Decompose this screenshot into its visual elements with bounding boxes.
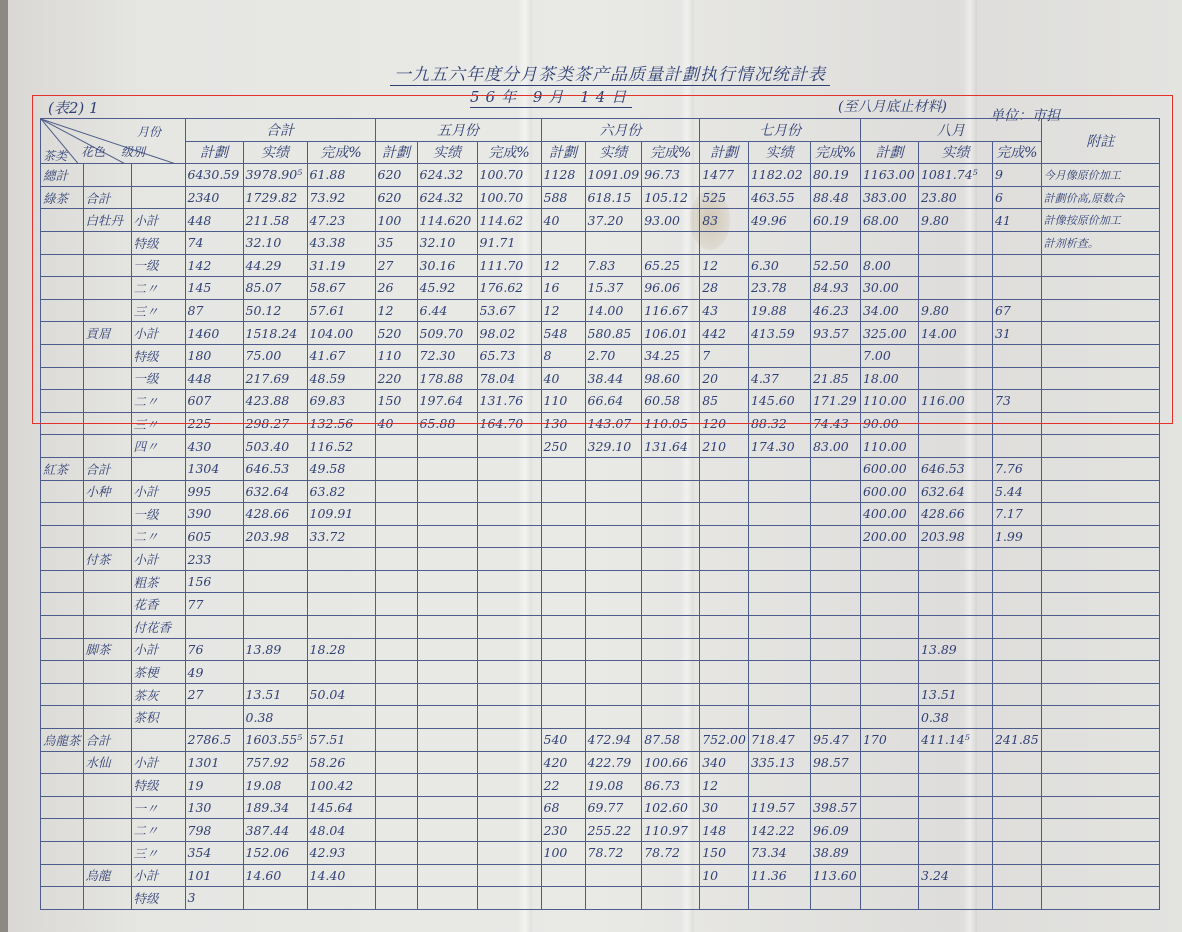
cell-jul-actual: 335.13 [748,751,810,774]
cell-jun-percent: 86.73 [642,774,700,797]
cell-jul-percent [810,503,860,526]
cell-total-actual: 189.34 [243,796,307,819]
cell-jul-percent: 96.09 [810,819,860,842]
cell-jun-plan: 68 [541,796,585,819]
cell-may-plan [375,774,417,797]
cell-total-actual: 298.27 [243,412,307,435]
cell-aug-plan: 170 [860,729,918,752]
cell-jun-actual: 66.64 [585,390,642,413]
cell-jul-plan: 28 [700,277,749,300]
data-note: (至八月底止材料) [838,96,947,116]
table-row: 付茶小計233 [41,548,1160,571]
cell-may-plan: 100 [375,209,417,232]
cell-total-percent [307,548,375,571]
cell-may-percent [477,570,541,593]
cell-total-plan: 390 [185,503,243,526]
cell-aug-percent [992,819,1041,842]
cell-total-plan: 3 [185,887,243,910]
cell-may-percent: 176.62 [477,277,541,300]
cell-aug-actual: 13.89 [918,638,992,661]
cell-category [41,367,84,390]
table-row: 二〃605203.9833.72200.00203.981.99 [41,525,1160,548]
cell-jun-actual: 37.20 [585,209,642,232]
cell-jun-actual: 38.44 [585,367,642,390]
cell-may-percent: 111.70 [477,254,541,277]
cell-may-actual [417,819,477,842]
cell-jul-plan [700,480,749,503]
cell-variety [83,344,131,367]
cell-jul-plan: 752.00 [700,729,749,752]
cell-jun-plan [541,706,585,729]
cell-jul-plan: 30 [700,796,749,819]
cell-remark [1041,864,1159,887]
cell-may-percent [477,435,541,458]
cell-aug-actual [918,231,992,254]
cell-grade [131,457,185,480]
cell-remark [1041,480,1159,503]
ledger-table: 茶类 花色 级别 月份 合計 五月份 六月份 七月份 八月 附註 計劃实绩完成%… [40,118,1160,910]
cell-jul-plan [700,503,749,526]
cell-aug-actual [918,570,992,593]
cell-grade: 茶灰 [131,683,185,706]
header-subcol: 完成% [477,141,541,164]
cell-remark [1041,887,1159,910]
cell-jul-percent: 74.43 [810,412,860,435]
cell-total-actual: 85.07 [243,277,307,300]
cell-total-actual [243,887,307,910]
cell-aug-percent [992,616,1041,639]
cell-jul-plan [700,593,749,616]
cell-jun-plan [541,457,585,480]
cell-aug-plan [860,683,918,706]
cell-total-actual: 423.88 [243,390,307,413]
cell-jul-actual [748,616,810,639]
cell-total-percent [307,887,375,910]
cell-grade: 特级 [131,774,185,797]
cell-total-percent: 69.83 [307,390,375,413]
table-row: 總計6430.593978.90⁵61.88620624.32100.70112… [41,164,1160,187]
cell-aug-plan: 68.00 [860,209,918,232]
cell-may-actual: 114.620 [417,209,477,232]
cell-jun-actual [585,683,642,706]
cell-aug-percent: 241.85 [992,729,1041,752]
table-row: 二〃607423.8869.83150197.64131.7611066.646… [41,390,1160,413]
cell-category [41,796,84,819]
cell-aug-actual: 428.66 [918,503,992,526]
cell-jun-actual: 143.07 [585,412,642,435]
cell-variety [83,774,131,797]
table-row: 花香77 [41,593,1160,616]
cell-may-plan [375,683,417,706]
cell-total-plan: 448 [185,367,243,390]
cell-category [41,231,84,254]
cell-remark: 計剂析查。 [1041,231,1159,254]
cell-total-actual: 152.06 [243,842,307,865]
cell-total-actual: 14.60 [243,864,307,887]
cell-jun-percent: 96.73 [642,164,700,187]
cell-jul-actual: 11.36 [748,864,810,887]
cell-total-percent [307,616,375,639]
cell-variety: 付茶 [83,548,131,571]
header-subcol: 实绩 [585,141,642,164]
header-corner: 茶类 花色 级别 月份 [41,119,186,164]
cell-jun-plan [541,231,585,254]
cell-total-percent: 57.61 [307,299,375,322]
cell-jun-actual: 422.79 [585,751,642,774]
cell-aug-actual [918,842,992,865]
cell-jun-actual: 15.37 [585,277,642,300]
cell-aug-percent [992,638,1041,661]
cell-jun-plan [541,548,585,571]
cell-category [41,570,84,593]
corner-label-variety: 花色 [81,143,105,160]
cell-variety [83,819,131,842]
cell-remark [1041,796,1159,819]
cell-jul-actual: 19.88 [748,299,810,322]
cell-may-plan: 620 [375,164,417,187]
cell-jun-actual [585,661,642,684]
cell-variety: 白牡丹 [83,209,131,232]
cell-jul-actual: 463.55 [748,186,810,209]
cell-may-actual [417,480,477,503]
cell-may-plan [375,480,417,503]
cell-variety [83,887,131,910]
header-row-subcols: 計劃实绩完成%計劃实绩完成%計劃实绩完成%計劃实绩完成%計劃实绩完成% [41,141,1160,164]
cell-grade: 花香 [131,593,185,616]
cell-jun-percent [642,457,700,480]
cell-jul-actual [748,525,810,548]
cell-aug-actual: 632.64 [918,480,992,503]
cell-jul-actual: 145.60 [748,390,810,413]
cell-may-plan: 220 [375,367,417,390]
cell-may-actual [417,729,477,752]
cell-jul-plan [700,661,749,684]
header-group-may: 五月份 [375,119,541,142]
cell-category [41,864,84,887]
cell-may-actual [417,570,477,593]
cell-aug-plan [860,864,918,887]
cell-jul-plan [700,638,749,661]
cell-aug-percent [992,842,1041,865]
cell-aug-actual [918,887,992,910]
header-group-total: 合計 [185,119,375,142]
cell-aug-actual: 23.80 [918,186,992,209]
cell-aug-percent: 5.44 [992,480,1041,503]
cell-aug-actual: 9.80 [918,299,992,322]
cell-jun-percent: 78.72 [642,842,700,865]
cell-may-actual: 65.88 [417,412,477,435]
cell-aug-plan [860,661,918,684]
cell-jul-plan: 1477 [700,164,749,187]
cell-may-actual [417,457,477,480]
cell-jul-percent [810,231,860,254]
cell-jul-percent [810,774,860,797]
cell-variety [83,231,131,254]
cell-total-plan: 87 [185,299,243,322]
cell-aug-actual: 646.53 [918,457,992,480]
cell-variety: 脚茶 [83,638,131,661]
cell-jul-plan: 83 [700,209,749,232]
cell-total-plan: 1460 [185,322,243,345]
cell-jul-plan: 442 [700,322,749,345]
cell-aug-percent [992,435,1041,458]
cell-aug-actual [918,548,992,571]
cell-grade: 二〃 [131,390,185,413]
cell-remark [1041,593,1159,616]
cell-category: 烏龍茶 [41,729,84,752]
cell-remark [1041,751,1159,774]
cell-category [41,412,84,435]
cell-category [41,661,84,684]
cell-jul-percent [810,616,860,639]
cell-category [41,887,84,910]
header-subcol: 計劃 [375,141,417,164]
cell-jul-plan: 525 [700,186,749,209]
cell-total-plan: 1301 [185,751,243,774]
cell-jul-percent [810,548,860,571]
cell-may-actual: 45.92 [417,277,477,300]
cell-grade: 三〃 [131,412,185,435]
cell-category [41,299,84,322]
cell-jul-percent: 46.23 [810,299,860,322]
cell-aug-percent [992,412,1041,435]
cell-total-actual: 203.98 [243,525,307,548]
cell-total-percent: 61.88 [307,164,375,187]
cell-jun-percent [642,661,700,684]
cell-category: 紅茶 [41,457,84,480]
cell-total-plan: 27 [185,683,243,706]
cell-aug-actual [918,367,992,390]
cell-may-actual [417,616,477,639]
cell-jun-plan: 420 [541,751,585,774]
cell-aug-percent [992,774,1041,797]
cell-aug-percent [992,231,1041,254]
cell-jun-actual: 78.72 [585,842,642,865]
cell-may-actual: 32.10 [417,231,477,254]
cell-jul-percent [810,593,860,616]
cell-total-plan: 798 [185,819,243,842]
table-row: 三〃8750.1257.61126.4453.671214.00116.6743… [41,299,1160,322]
cell-category [41,209,84,232]
cell-category [41,842,84,865]
cell-aug-actual [918,344,992,367]
cell-jul-plan [700,570,749,593]
cell-aug-percent: 1.99 [992,525,1041,548]
table-row: 三〃225298.27132.564065.88164.70130143.071… [41,412,1160,435]
cell-aug-percent: 9 [992,164,1041,187]
cell-total-actual: 0.38 [243,706,307,729]
cell-jun-percent [642,231,700,254]
cell-grade: 二〃 [131,819,185,842]
cell-aug-plan: 600.00 [860,480,918,503]
cell-grade: 一级 [131,503,185,526]
cell-aug-actual: 411.14⁵ [918,729,992,752]
cell-jun-actual [585,570,642,593]
cell-jun-plan: 16 [541,277,585,300]
cell-aug-plan [860,751,918,774]
cell-jun-percent: 96.06 [642,277,700,300]
cell-may-plan [375,525,417,548]
cell-total-plan: 2786.5 [185,729,243,752]
cell-total-plan: 430 [185,435,243,458]
cell-may-actual: 624.32 [417,186,477,209]
cell-grade [131,186,185,209]
table-number: (表2) 1 [48,97,99,118]
cell-total-plan: 180 [185,344,243,367]
cell-total-percent: 63.82 [307,480,375,503]
cell-category [41,774,84,797]
cell-total-actual: 428.66 [243,503,307,526]
cell-jul-percent [810,683,860,706]
cell-grade: 小計 [131,751,185,774]
cell-may-plan [375,435,417,458]
cell-jun-percent: 60.58 [642,390,700,413]
cell-jun-plan [541,683,585,706]
cell-jun-actual [585,593,642,616]
cell-may-plan [375,819,417,842]
cell-aug-plan: 325.00 [860,322,918,345]
cell-jul-plan: 20 [700,367,749,390]
cell-jun-actual: 329.10 [585,435,642,458]
cell-category [41,503,84,526]
cell-jun-percent [642,548,700,571]
cell-total-percent: 43.38 [307,231,375,254]
cell-may-percent: 65.73 [477,344,541,367]
cell-jul-plan [700,887,749,910]
cell-jul-percent: 88.48 [810,186,860,209]
cell-jul-actual [748,887,810,910]
cell-jun-plan: 22 [541,774,585,797]
cell-total-plan: 130 [185,796,243,819]
cell-variety: 小种 [83,480,131,503]
cell-may-percent [477,638,541,661]
cell-jul-percent [810,638,860,661]
cell-may-plan [375,661,417,684]
cell-remark [1041,299,1159,322]
cell-jul-plan [700,231,749,254]
cell-total-percent: 50.04 [307,683,375,706]
cell-jun-percent: 65.25 [642,254,700,277]
cell-jun-plan: 230 [541,819,585,842]
cell-total-actual [243,570,307,593]
header-subcol: 完成% [992,141,1041,164]
cell-total-actual: 387.44 [243,819,307,842]
cell-total-plan: 19 [185,774,243,797]
cell-aug-percent [992,864,1041,887]
cell-may-percent: 100.70 [477,164,541,187]
cell-jun-plan: 12 [541,299,585,322]
cell-jul-actual: 119.57 [748,796,810,819]
cell-may-percent: 78.04 [477,367,541,390]
cell-variety [83,390,131,413]
cell-may-plan: 35 [375,231,417,254]
cell-aug-plan: 18.00 [860,367,918,390]
cell-total-actual: 13.51 [243,683,307,706]
cell-grade: 小計 [131,864,185,887]
cell-jul-plan [700,706,749,729]
cell-variety [83,842,131,865]
cell-jul-percent: 83.00 [810,435,860,458]
cell-jun-actual: 2.70 [585,344,642,367]
cell-total-percent: 41.67 [307,344,375,367]
cell-may-actual [417,503,477,526]
cell-remark [1041,254,1159,277]
cell-remark [1041,525,1159,548]
cell-may-percent: 91.71 [477,231,541,254]
cell-variety: 合計 [83,186,131,209]
cell-remark [1041,344,1159,367]
cell-aug-plan [860,616,918,639]
cell-may-percent [477,842,541,865]
cell-total-actual: 44.29 [243,254,307,277]
cell-category [41,344,84,367]
cell-jul-percent: 80.19 [810,164,860,187]
cell-may-percent: 53.67 [477,299,541,322]
cell-jun-plan [541,480,585,503]
cell-grade: 小計 [131,480,185,503]
cell-may-actual [417,683,477,706]
cell-category [41,593,84,616]
cell-jun-actual: 14.00 [585,299,642,322]
cell-jun-actual: 618.15 [585,186,642,209]
cell-total-plan: 77 [185,593,243,616]
cell-variety: 合計 [83,457,131,480]
table-row: 一〃130189.34145.646869.77102.6030119.5739… [41,796,1160,819]
cell-may-percent: 114.62 [477,209,541,232]
cell-category [41,390,84,413]
cell-remark [1041,706,1159,729]
cell-total-percent [307,570,375,593]
cell-total-actual [243,616,307,639]
cell-total-plan: 233 [185,548,243,571]
cell-jun-percent [642,683,700,706]
cell-variety [83,277,131,300]
cell-jul-actual: 6.30 [748,254,810,277]
cell-may-actual [417,864,477,887]
table-row: 一级448217.6948.59220178.8878.044038.4498.… [41,367,1160,390]
cell-total-percent: 58.67 [307,277,375,300]
cell-grade [131,729,185,752]
cell-jun-percent [642,706,700,729]
cell-may-percent: 98.02 [477,322,541,345]
cell-jun-plan [541,503,585,526]
cell-jul-actual: 413.59 [748,322,810,345]
cell-category [41,706,84,729]
table-row: 茶积0.380.38 [41,706,1160,729]
cell-total-plan: 49 [185,661,243,684]
cell-category [41,322,84,345]
cell-variety [83,593,131,616]
cell-jul-actual: 73.34 [748,842,810,865]
cell-total-plan [185,616,243,639]
cell-aug-actual [918,796,992,819]
cell-jun-plan: 548 [541,322,585,345]
header-subcol: 計劃 [185,141,243,164]
cell-remark [1041,570,1159,593]
cell-jun-actual [585,525,642,548]
cell-may-plan: 26 [375,277,417,300]
cell-may-plan [375,751,417,774]
cell-total-actual [243,661,307,684]
cell-category [41,616,84,639]
table-row: 二〃798387.4448.04230255.22110.97148142.22… [41,819,1160,842]
cell-aug-plan: 7.00 [860,344,918,367]
table-row: 烏龍小計10114.6014.401011.36113.603.24 [41,864,1160,887]
cell-may-plan: 620 [375,186,417,209]
cell-jul-percent: 38.89 [810,842,860,865]
cell-aug-plan [860,548,918,571]
cell-may-plan [375,616,417,639]
